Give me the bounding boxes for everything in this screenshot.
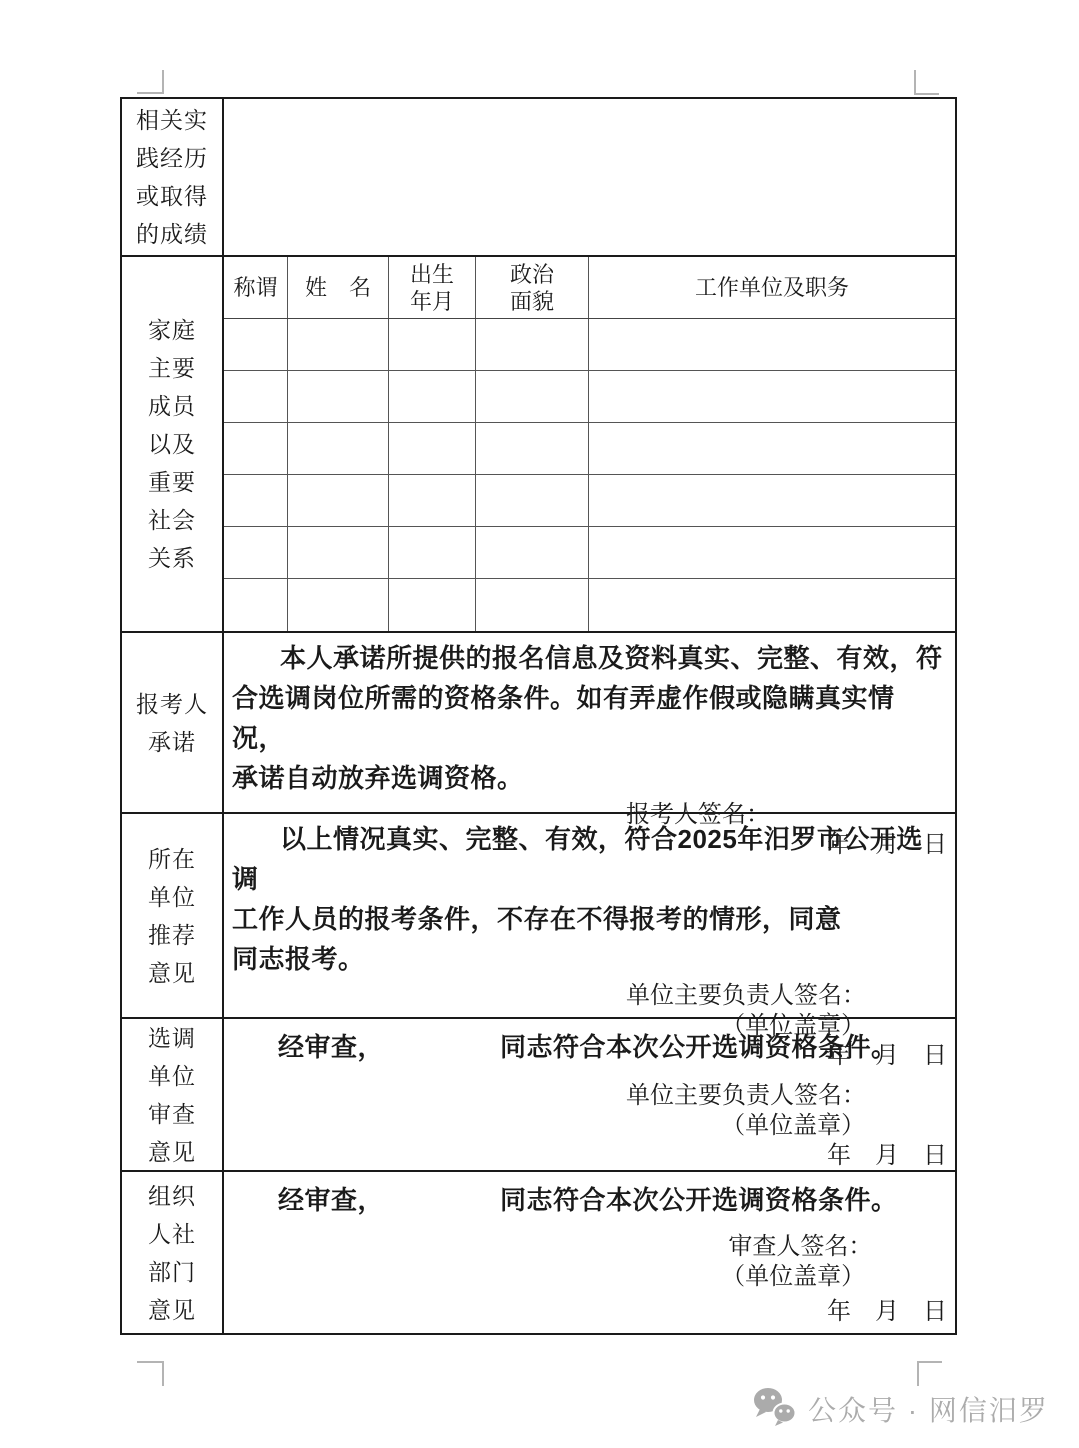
table-cell [389,423,476,474]
column-header-work-unit: 工作单位及职务 [589,257,955,318]
review-prefix: 经审查， [278,1032,384,1062]
column-header-name: 姓 名 [288,257,389,318]
page-corner-mark-bottom-left [137,1361,164,1386]
section-family-members: 家庭 主要 成员 以及 重要 社会 关系 称谓 姓 名 出生 年月 政治 面貌 … [122,257,955,633]
org-review-prefix: 经审查， [278,1185,384,1215]
table-row [224,579,955,631]
table-cell [476,527,589,578]
page-corner-mark-bottom-right [917,1361,942,1386]
section-applicant-pledge: 报考人 承诺 本人承诺所提供的报名信息及资料真实、完整、有效，符 合选调岗位所需… [122,633,955,814]
table-cell [476,475,589,526]
org-hr-date-line: 年 月 日 [827,1297,955,1333]
pledge-body-text: 本人承诺所提供的报名信息及资料真实、完整、有效，符 合选调岗位所需的资格条件。如… [224,633,955,798]
family-table-body [224,319,955,631]
applicant-pledge-label: 报考人 承诺 [122,633,224,812]
application-form-table: 相关实 践经历 或取得 的成绩 家庭 主要 成员 以及 重要 社会 关系 称谓 … [120,97,957,1335]
section-unit-recommendation: 所在 单位 推荐 意见 以上情况真实、完整、有效，符合2025年汨罗市公开选调 … [122,814,955,1019]
table-row [224,475,955,527]
table-row [224,423,955,475]
org-hr-body-text: 经审查，同志符合本次公开选调资格条件。 [224,1172,955,1220]
recommendation-body-text: 以上情况真实、完整、有效，符合2025年汨罗市公开选调 工作人员的报考条件，不存… [224,814,955,979]
page-corner-mark-top-right [914,70,939,95]
table-cell [224,319,288,370]
table-cell [476,579,589,631]
table-row [224,371,955,423]
selection-review-body-text: 经审查，同志符合本次公开选调资格条件。 [224,1019,955,1067]
table-cell [224,579,288,631]
unit-head-signature-label: 单位主要负责人签名： [626,981,955,1011]
unit-recommendation-content: 以上情况真实、完整、有效，符合2025年汨罗市公开选调 工作人员的报考条件，不存… [224,814,955,1017]
section-org-hr-opinion: 组织 人社 部门 意见 经审查，同志符合本次公开选调资格条件。 审查人签名： （… [122,1172,955,1333]
table-cell [288,319,389,370]
wechat-icon [752,1386,798,1431]
review-suffix: 同志符合本次公开选调资格条件。 [500,1032,898,1062]
selection-review-content: 经审查，同志符合本次公开选调资格条件。 单位主要负责人签名： （单位盖章） 年 … [224,1019,955,1170]
table-cell [389,579,476,631]
table-cell [224,423,288,474]
table-cell [389,475,476,526]
section-selection-unit-review: 选调 单位 审查 意见 经审查，同志符合本次公开选调资格条件。 单位主要负责人签… [122,1019,955,1172]
table-cell [589,319,955,370]
table-cell [288,527,389,578]
family-members-label: 家庭 主要 成员 以及 重要 社会 关系 [122,257,224,631]
table-cell [389,371,476,422]
page-corner-mark-top-left [137,70,164,94]
org-review-suffix: 同志符合本次公开选调资格条件。 [500,1185,898,1215]
column-header-birthdate: 出生 年月 [389,257,476,318]
table-cell [288,579,389,631]
table-cell [589,475,955,526]
table-row [224,527,955,579]
reviewer-signature-label: 审查人签名： [728,1232,955,1262]
column-header-relation: 称谓 [224,257,288,318]
applicant-pledge-content: 本人承诺所提供的报名信息及资料真实、完整、有效，符 合选调岗位所需的资格条件。如… [224,633,955,812]
table-cell [589,579,955,631]
org-hr-opinion-label: 组织 人社 部门 意见 [122,1172,224,1333]
table-cell [224,475,288,526]
practice-experience-label: 相关实 践经历 或取得 的成绩 [122,99,224,255]
table-cell [288,475,389,526]
table-cell [589,527,955,578]
column-header-political-status: 政治 面貌 [476,257,589,318]
family-members-table: 称谓 姓 名 出生 年月 政治 面貌 工作单位及职务 [224,257,955,631]
table-cell [389,527,476,578]
table-cell [476,423,589,474]
family-table-header: 称谓 姓 名 出生 年月 政治 面貌 工作单位及职务 [224,257,955,319]
table-cell [389,319,476,370]
selection-review-label: 选调 单位 审查 意见 [122,1019,224,1170]
table-cell [224,371,288,422]
watermark: 公众号 · 网信汨罗 [752,1386,1049,1431]
table-cell [288,371,389,422]
table-cell [476,319,589,370]
table-cell [224,527,288,578]
selection-unit-stamp-label: （单位盖章） [721,1111,955,1141]
table-cell [288,423,389,474]
unit-recommendation-label: 所在 单位 推荐 意见 [122,814,224,1017]
table-cell [589,371,955,422]
table-row [224,319,955,371]
table-cell [476,371,589,422]
org-hr-opinion-content: 经审查，同志符合本次公开选调资格条件。 审查人签名： （单位盖章） 年 月 日 [224,1172,955,1333]
section-practice-experience: 相关实 践经历 或取得 的成绩 [122,99,955,257]
practice-experience-field [224,99,955,255]
org-unit-stamp-label: （单位盖章） [721,1262,955,1292]
selection-unit-head-signature-label: 单位主要负责人签名： [626,1081,955,1111]
table-cell [589,423,955,474]
watermark-text: 公众号 · 网信汨罗 [808,1389,1049,1429]
